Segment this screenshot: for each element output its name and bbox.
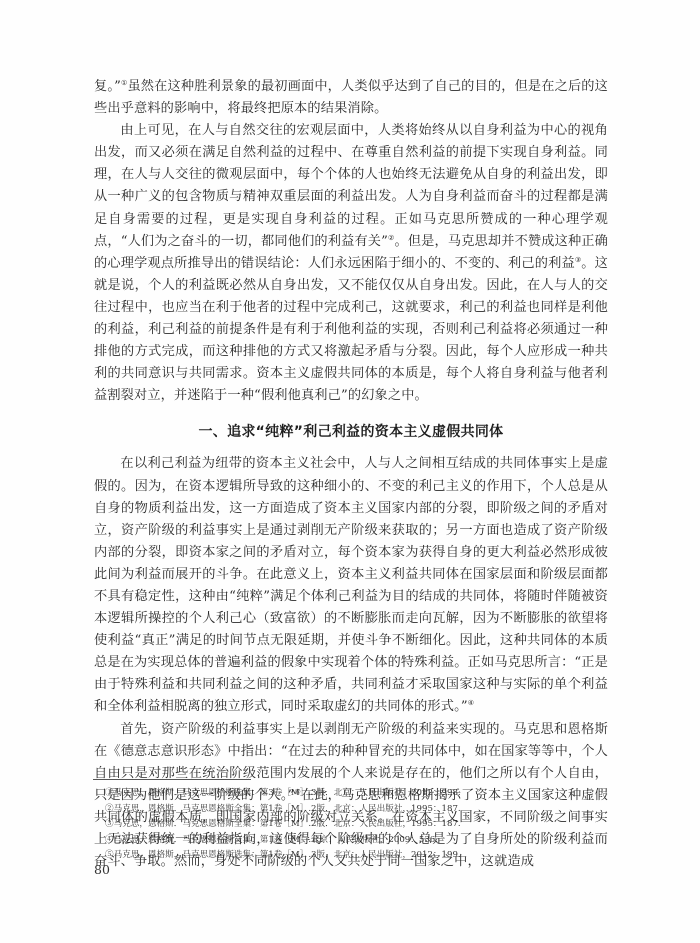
paragraphs-top: 复。”①虽然在这种胜利景象的最初画面中，人类似乎达到了自己的目的，但是在之后的这… [94,76,608,407]
footnote-ref: ① [121,79,127,87]
footnote-2: ②马克思，恩格斯．马克思恩格斯全集：第1卷［M］.2版．北京：人民出版社，199… [105,802,605,818]
footnote-ref: ③ [575,256,581,264]
page-number: 80 [94,862,110,877]
paragraph: 复。”①虽然在这种胜利景象的最初画面中，人类似乎达到了自己的目的，但是在之后的这… [94,76,608,120]
body-text: 复。”①虽然在这种胜利景象的最初画面中，人类似乎达到了自己的目的，但是在之后的这… [94,76,608,873]
footnote-4: ④马克思，恩格斯．马克思恩格斯文集：第1卷［M］.北京：人民出版社，2009：5… [105,833,605,849]
footnote-5: ⑤马克思，恩格斯．马克思恩格斯选集：第1卷［M］.3版．北京：人民出版社，201… [105,848,605,864]
paragraph: 在以利己利益为纽带的资本主义社会中，人与人之间相互结成的共同体事实上是虚假的。因… [94,453,608,718]
footnote-3: ③马克思，恩格斯．马克思恩格斯全集：第1卷［M］.2版．北京：人民出版社，199… [105,817,605,833]
document-page: 复。”①虽然在这种胜利景象的最初画面中，人类似乎达到了自己的目的，但是在之后的这… [0,0,700,943]
footnote-1: ①马克思，恩格斯．马克思恩格斯选集：第3卷［M］.3版．北京：人民出版社，201… [105,786,605,802]
footnote-ref: ② [388,234,394,242]
footnotes: ①马克思，恩格斯．马克思恩格斯选集：第3卷［M］.3版．北京：人民出版社，201… [105,786,605,864]
footnote-ref: ④ [468,699,474,707]
section-heading: 一、追求“纯粹”利己利益的资本主义虚假共同体 [94,421,608,443]
paragraph: 由上可见，在人与自然交往的宏观层面中，人类将始终从以自身利益为中心的视角出发，而… [94,120,608,407]
footnote-divider [93,779,251,780]
